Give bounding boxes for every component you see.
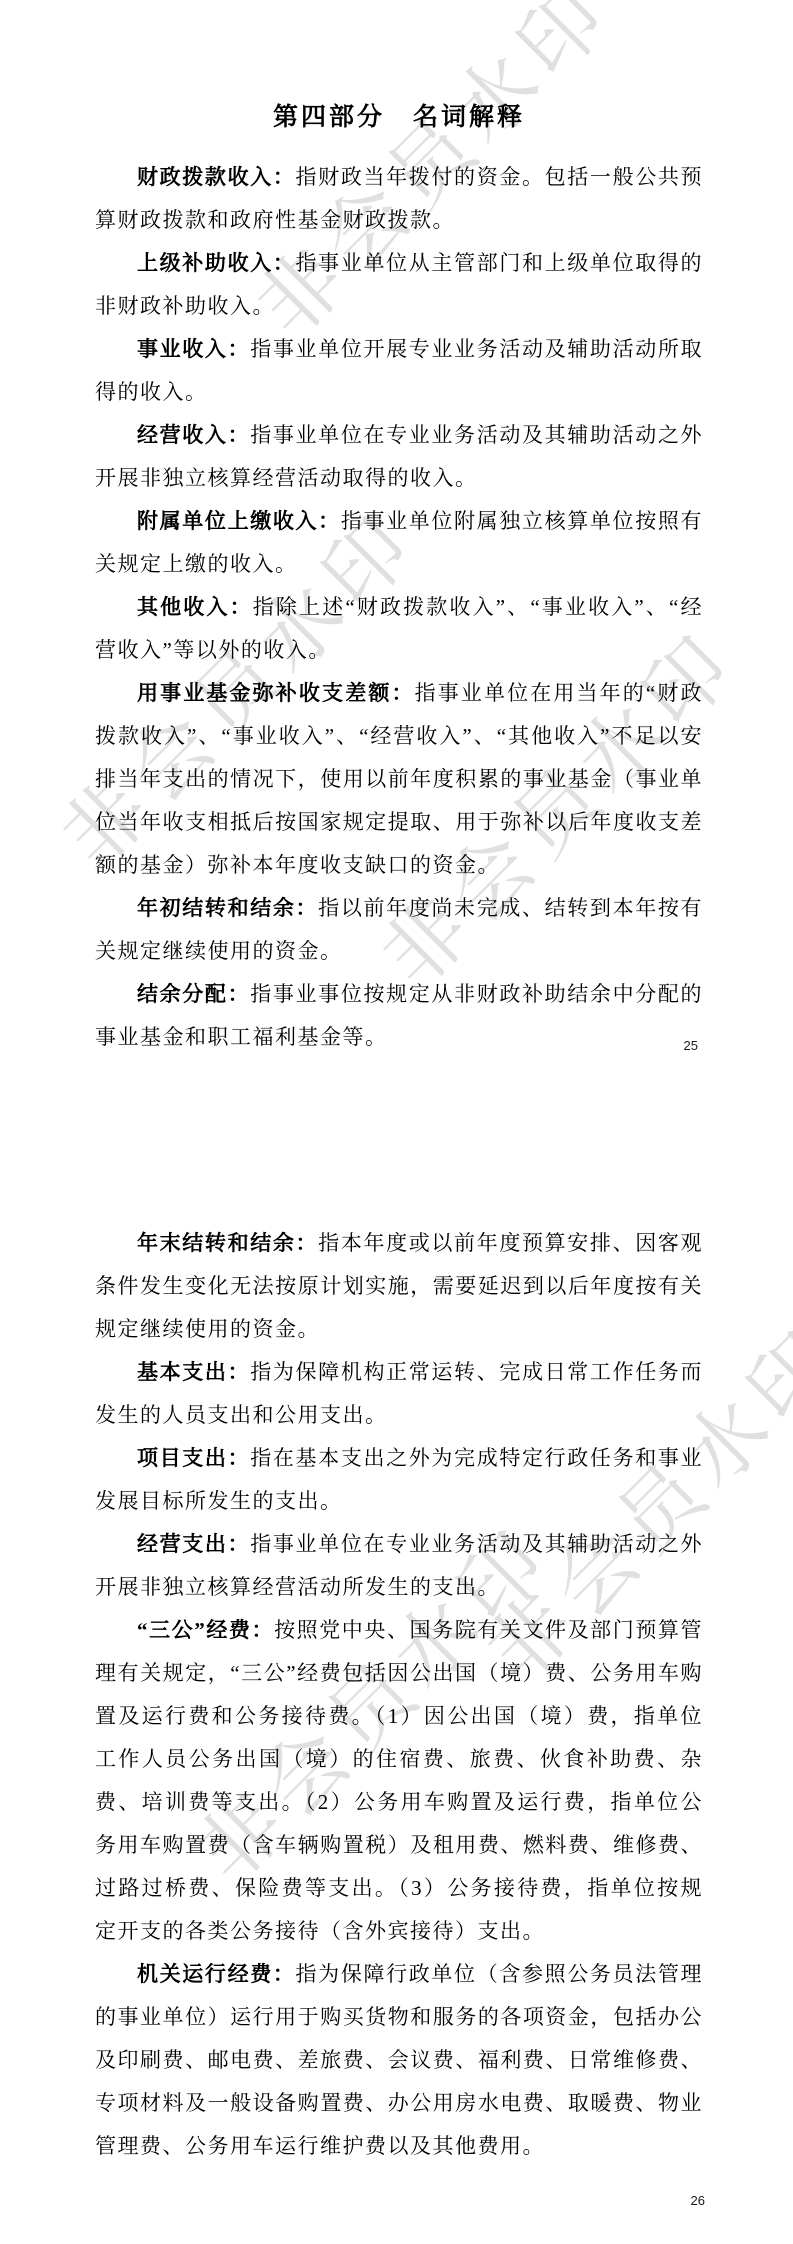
definition-paragraph: 附属单位上缴收入：指事业单位附属独立核算单位按照有关规定上缴的收入。	[95, 500, 703, 586]
term-label: 用事业基金弥补收支差额：	[137, 681, 415, 705]
term-label: 年初结转和结余：	[137, 896, 318, 920]
term-label: 事业收入：	[137, 337, 250, 361]
section-title: 第四部分 名词解释	[95, 94, 703, 142]
page-25: 第四部分 名词解释 财政拨款收入：指财政当年拨付的资金。包括一般公共预算财政拨款…	[95, 94, 703, 1059]
definition-paragraph: 机关运行经费：指为保障行政单位（含参照公务员法管理的事业单位）运行用于购买货物和…	[95, 1953, 703, 2168]
term-label: 附属单位上缴收入：	[137, 509, 341, 533]
page-25-paragraphs: 财政拨款收入：指财政当年拨付的资金。包括一般公共预算财政拨款和政府性基金财政拨款…	[95, 156, 703, 1059]
term-label: 年末结转和结余：	[137, 1231, 318, 1255]
page-26: 年末结转和结余：指本年度或以前年度预算安排、因客观条件发生变化无法按原计划实施，…	[95, 1222, 703, 2168]
definition-paragraph: 事业收入：指事业单位开展专业业务活动及辅助活动所取得的收入。	[95, 328, 703, 414]
term-label: 项目支出：	[137, 1446, 250, 1470]
term-label: 结余分配：	[137, 982, 250, 1006]
definition-paragraph: 经营支出：指事业单位在专业业务活动及其辅助活动之外开展非独立核算经营活动所发生的…	[95, 1523, 703, 1609]
definition-paragraph: 结余分配：指事业事位按规定从非财政补助结余中分配的事业基金和职工福利基金等。	[95, 973, 703, 1059]
page-26-paragraphs: 年末结转和结余：指本年度或以前年度预算安排、因客观条件发生变化无法按原计划实施，…	[95, 1222, 703, 2168]
document-canvas: 非会员水印 非会员水印 非会员水印 非会员水印 非会员水印 第四部分 名词解释 …	[0, 0, 793, 2244]
page-number-25: 25	[684, 1038, 698, 1053]
term-label: 上级补助收入：	[137, 251, 296, 275]
page-number-26: 26	[691, 2193, 705, 2208]
term-label: 财政拨款收入：	[137, 165, 296, 189]
definition-paragraph: 年初结转和结余：指以前年度尚未完成、结转到本年按有关规定继续使用的资金。	[95, 887, 703, 973]
definition-paragraph: 用事业基金弥补收支差额：指事业单位在用当年的“财政拨款收入”、“事业收入”、“经…	[95, 672, 703, 887]
definition-paragraph: 项目支出：指在基本支出之外为完成特定行政任务和事业发展目标所发生的支出。	[95, 1437, 703, 1523]
term-label: 经营支出：	[137, 1532, 250, 1556]
definition-paragraph: 年末结转和结余：指本年度或以前年度预算安排、因客观条件发生变化无法按原计划实施，…	[95, 1222, 703, 1351]
definition-paragraph: 其他收入：指除上述“财政拨款收入”、“事业收入”、“经营收入”等以外的收入。	[95, 586, 703, 672]
term-label: 基本支出：	[137, 1360, 250, 1384]
definition-paragraph: 上级补助收入：指事业单位从主管部门和上级单位取得的非财政补助收入。	[95, 242, 703, 328]
term-label: “三公”经费：	[137, 1618, 274, 1642]
term-label: 其他收入：	[137, 595, 253, 619]
definition-paragraph: 经营收入：指事业单位在专业业务活动及其辅助活动之外开展非独立核算经营活动取得的收…	[95, 414, 703, 500]
definition-paragraph: 基本支出：指为保障机构正常运转、完成日常工作任务而发生的人员支出和公用支出。	[95, 1351, 703, 1437]
term-label: 经营收入：	[137, 423, 250, 447]
term-label: 机关运行经费：	[137, 1962, 296, 1986]
definition-paragraph: “三公”经费：按照党中央、国务院有关文件及部门预算管理有关规定，“三公”经费包括…	[95, 1609, 703, 1953]
definition-paragraph: 财政拨款收入：指财政当年拨付的资金。包括一般公共预算财政拨款和政府性基金财政拨款…	[95, 156, 703, 242]
